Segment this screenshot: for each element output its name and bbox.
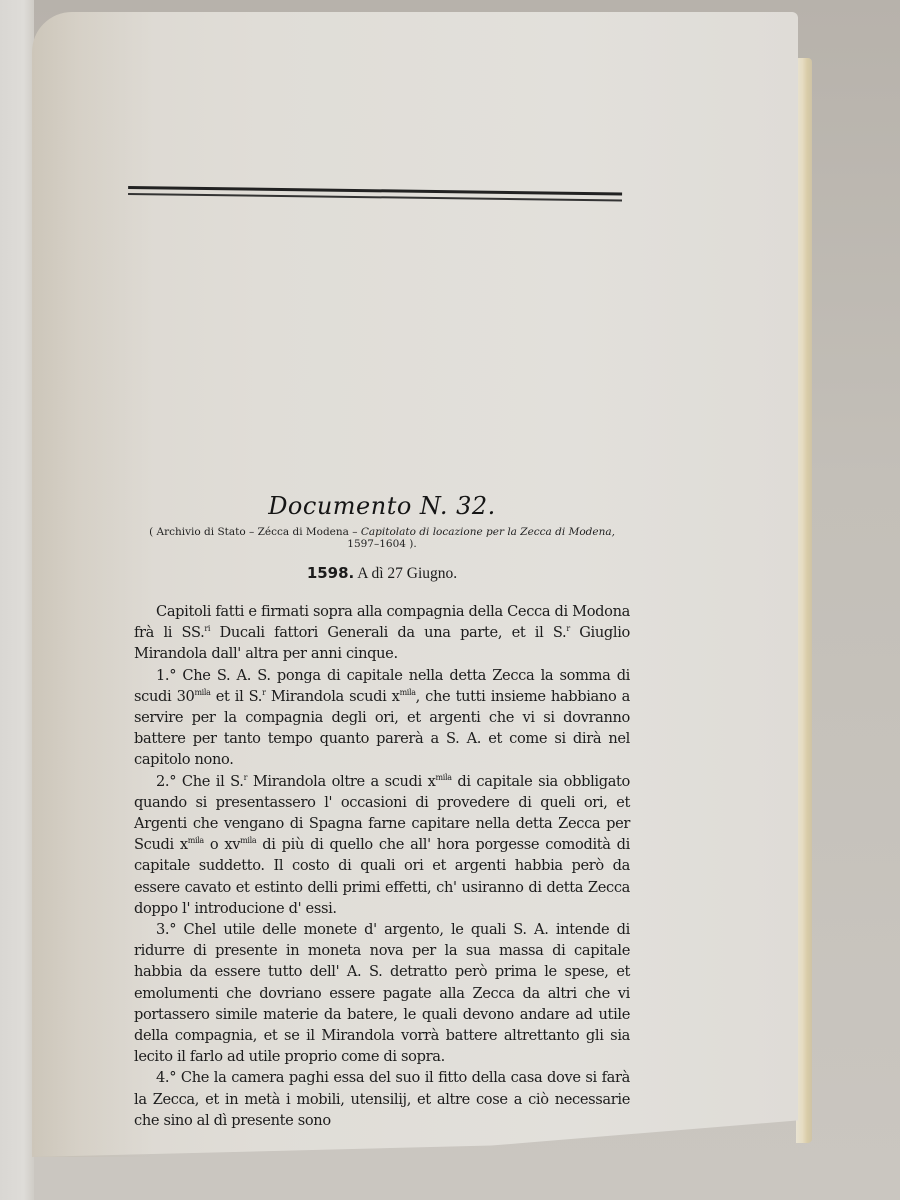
page-stack-edges <box>796 58 812 1143</box>
date-year: 1598. <box>307 564 354 582</box>
document-title: Documento N. 32. <box>134 492 630 520</box>
source-title: Capitolato di locazione per la Zecca di … <box>361 526 615 538</box>
text: Mirandola oltre a scudi x <box>247 773 435 790</box>
paragraph-article-3: 3.° Chel utile delle monete d' argento, … <box>134 919 630 1067</box>
superscript: mila <box>436 773 452 782</box>
superscript: mila <box>400 688 416 697</box>
text: 2.° Che il S. <box>156 773 244 790</box>
source-archive: ( Archivio di Stato – Zécca di Modena – <box>149 526 361 538</box>
date-day: A dì 27 Giugno. <box>354 565 457 582</box>
text: o xv <box>204 836 240 853</box>
paragraph-article-4: 4.° Che la camera paghi essa del suo il … <box>134 1067 630 1131</box>
text: 3.° Chel utile delle monete d' argento, … <box>134 921 630 1065</box>
paragraph-article-2: 2.° Che il S.r Mirandola oltre a scudi x… <box>134 771 630 919</box>
superscript: mila <box>188 836 204 845</box>
paragraph-article-1: 1.° Che S. A. S. ponga di capitale nella… <box>134 665 630 771</box>
paragraph-intro: Capitoli fatti e firmati sopra alla comp… <box>134 601 630 665</box>
document-date: 1598. A dì 27 Giugno. <box>134 564 630 583</box>
text: 4.° Che la camera paghi essa del suo il … <box>134 1069 630 1128</box>
document-body: Documento N. 32. ( Archivio di Stato – Z… <box>134 492 630 1131</box>
text: Ducali fattori Generali da una parte, et… <box>210 624 566 641</box>
text: et il S. <box>211 688 263 705</box>
text: Mirandola scudi x <box>266 688 400 705</box>
source-years: 1597–1604 ). <box>347 538 416 550</box>
document-source: ( Archivio di Stato – Zécca di Modena – … <box>134 526 630 550</box>
facing-page-edge <box>0 0 34 1200</box>
superscript: mila <box>194 688 210 697</box>
superscript: mila <box>240 836 256 845</box>
